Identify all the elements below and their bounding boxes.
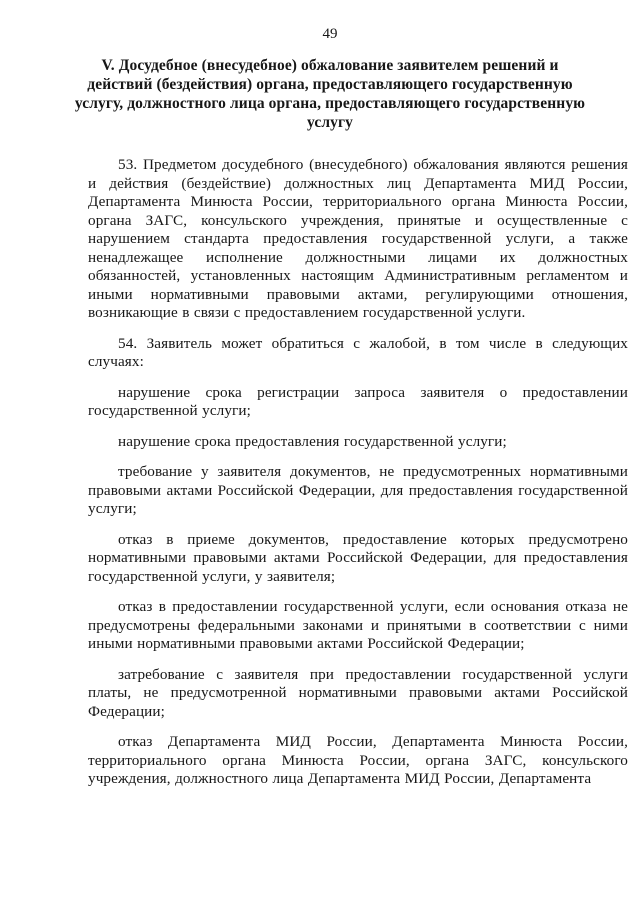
document-body: 53. Предметом досудебного (внесудебного)… bbox=[88, 156, 628, 801]
paragraph-54: 54. Заявитель может обратиться с жалобой… bbox=[88, 335, 628, 372]
paragraph-53: 53. Предметом досудебного (внесудебного)… bbox=[88, 156, 628, 323]
list-item-documents-refusal: отказ в приеме документов, предоставлени… bbox=[88, 531, 628, 587]
list-item-department-refusal: отказ Департамента МИД России, Департаме… bbox=[88, 733, 628, 789]
list-item-documents-demand: требование у заявителя документов, не пр… bbox=[88, 463, 628, 519]
list-item-payment-demand: затребование с заявителя при предоставле… bbox=[88, 666, 628, 722]
list-item-service-deadline: нарушение срока предоставления государст… bbox=[88, 433, 628, 452]
list-item-service-refusal: отказ в предоставлении государственной у… bbox=[88, 598, 628, 654]
page-number: 49 bbox=[70, 26, 590, 42]
document-page: 49 V. Досудебное (внесудебное) обжалован… bbox=[0, 0, 640, 905]
list-item-registration-deadline: нарушение срока регистрации запроса заяв… bbox=[88, 384, 628, 421]
section-heading: V. Досудебное (внесудебное) обжалование … bbox=[70, 56, 590, 132]
